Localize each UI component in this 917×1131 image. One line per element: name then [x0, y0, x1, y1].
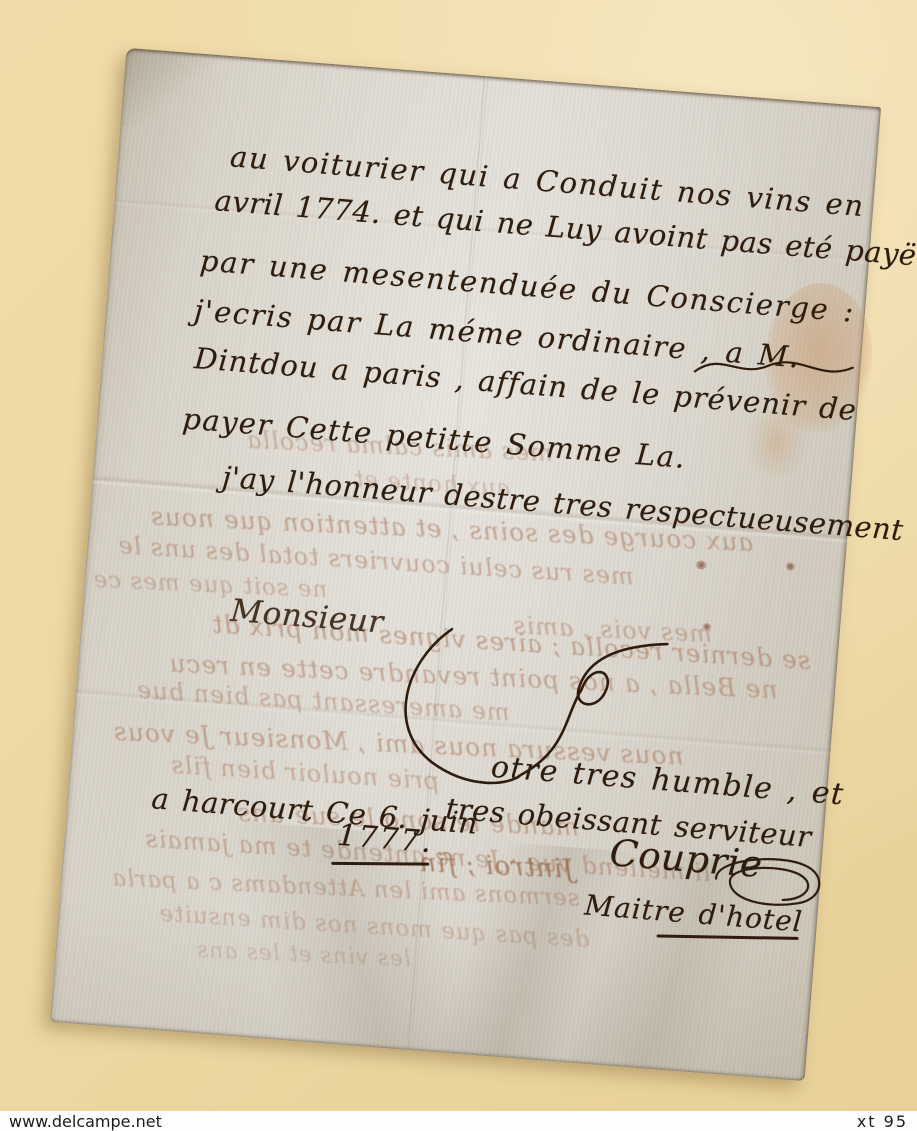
foxing-spot [695, 560, 707, 570]
watermark-site: www.delcampe.net [9, 1112, 162, 1131]
foxing-spot [786, 562, 796, 571]
watermark-bar: www.delcampe.net xt 95 [0, 1111, 917, 1131]
year: 1777. [336, 819, 434, 860]
watermark-code: xt 95 [857, 1112, 908, 1131]
corner-fold [120, 48, 221, 133]
letter-paper: mes amis calma recolla aux honte et aux … [50, 48, 881, 1081]
scanned-letter-photo: mes amis calma recolla aux honte et aux … [0, 0, 917, 1131]
